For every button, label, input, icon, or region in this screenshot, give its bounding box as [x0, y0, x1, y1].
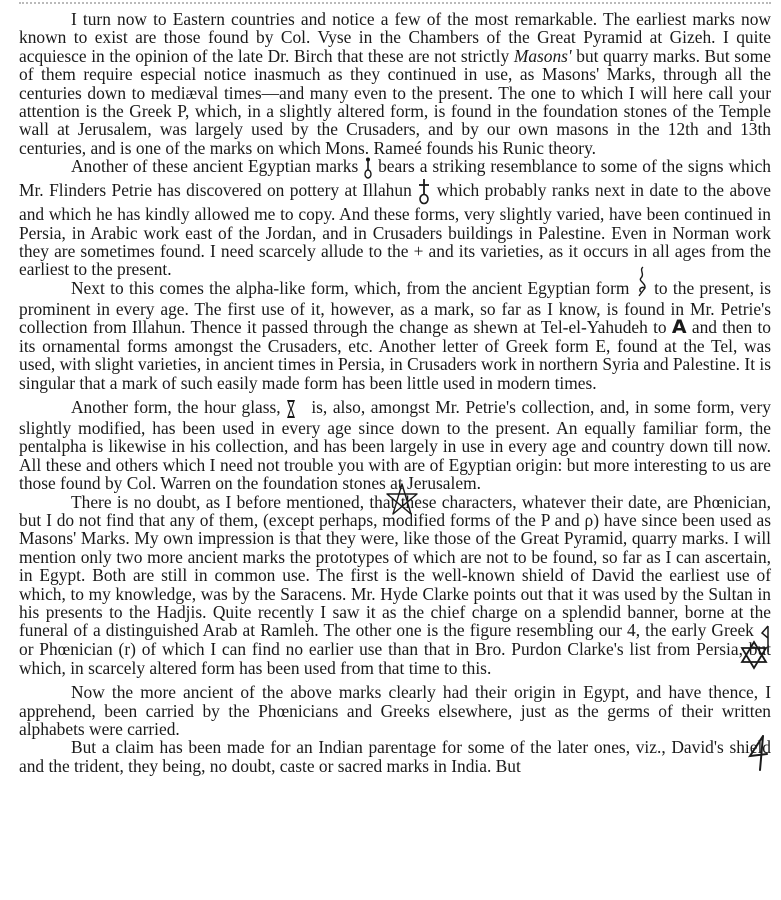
alpha-like-mark-icon	[635, 280, 649, 300]
hourglass-mark-icon	[286, 399, 296, 419]
ankh-like-mark-icon	[363, 157, 373, 179]
cropped-top-line	[19, 2, 771, 10]
paragraph-hour-glass: Another form, the hour glass, is, also, …	[19, 398, 771, 493]
phoenician-four-mark-icon	[747, 734, 769, 775]
paragraph-indian-parentage: But a claim has been made for an Indian …	[19, 738, 771, 775]
paragraph-egyptian-marks: Another of these ancient Egyptian marks …	[19, 157, 771, 279]
greek-r-mark-icon	[759, 624, 771, 640]
cross-over-loop-mark-icon	[417, 179, 431, 205]
italic-masons: Masons'	[514, 46, 572, 66]
paragraph-phoenician-characters: There is no doubt, as I before mentioned…	[19, 493, 771, 678]
paragraph-alpha-form: Next to this comes the alpha-like form, …	[19, 279, 771, 392]
paragraph-eastern-countries: I turn now to Eastern countries and noti…	[19, 10, 771, 157]
paragraph-egyptian-origin: Now the more ancient of the above marks …	[19, 683, 771, 738]
pentagram-mark-icon	[385, 482, 419, 519]
document-page: I turn now to Eastern countries and noti…	[19, 2, 771, 775]
hexagram-mark-icon	[739, 640, 769, 673]
